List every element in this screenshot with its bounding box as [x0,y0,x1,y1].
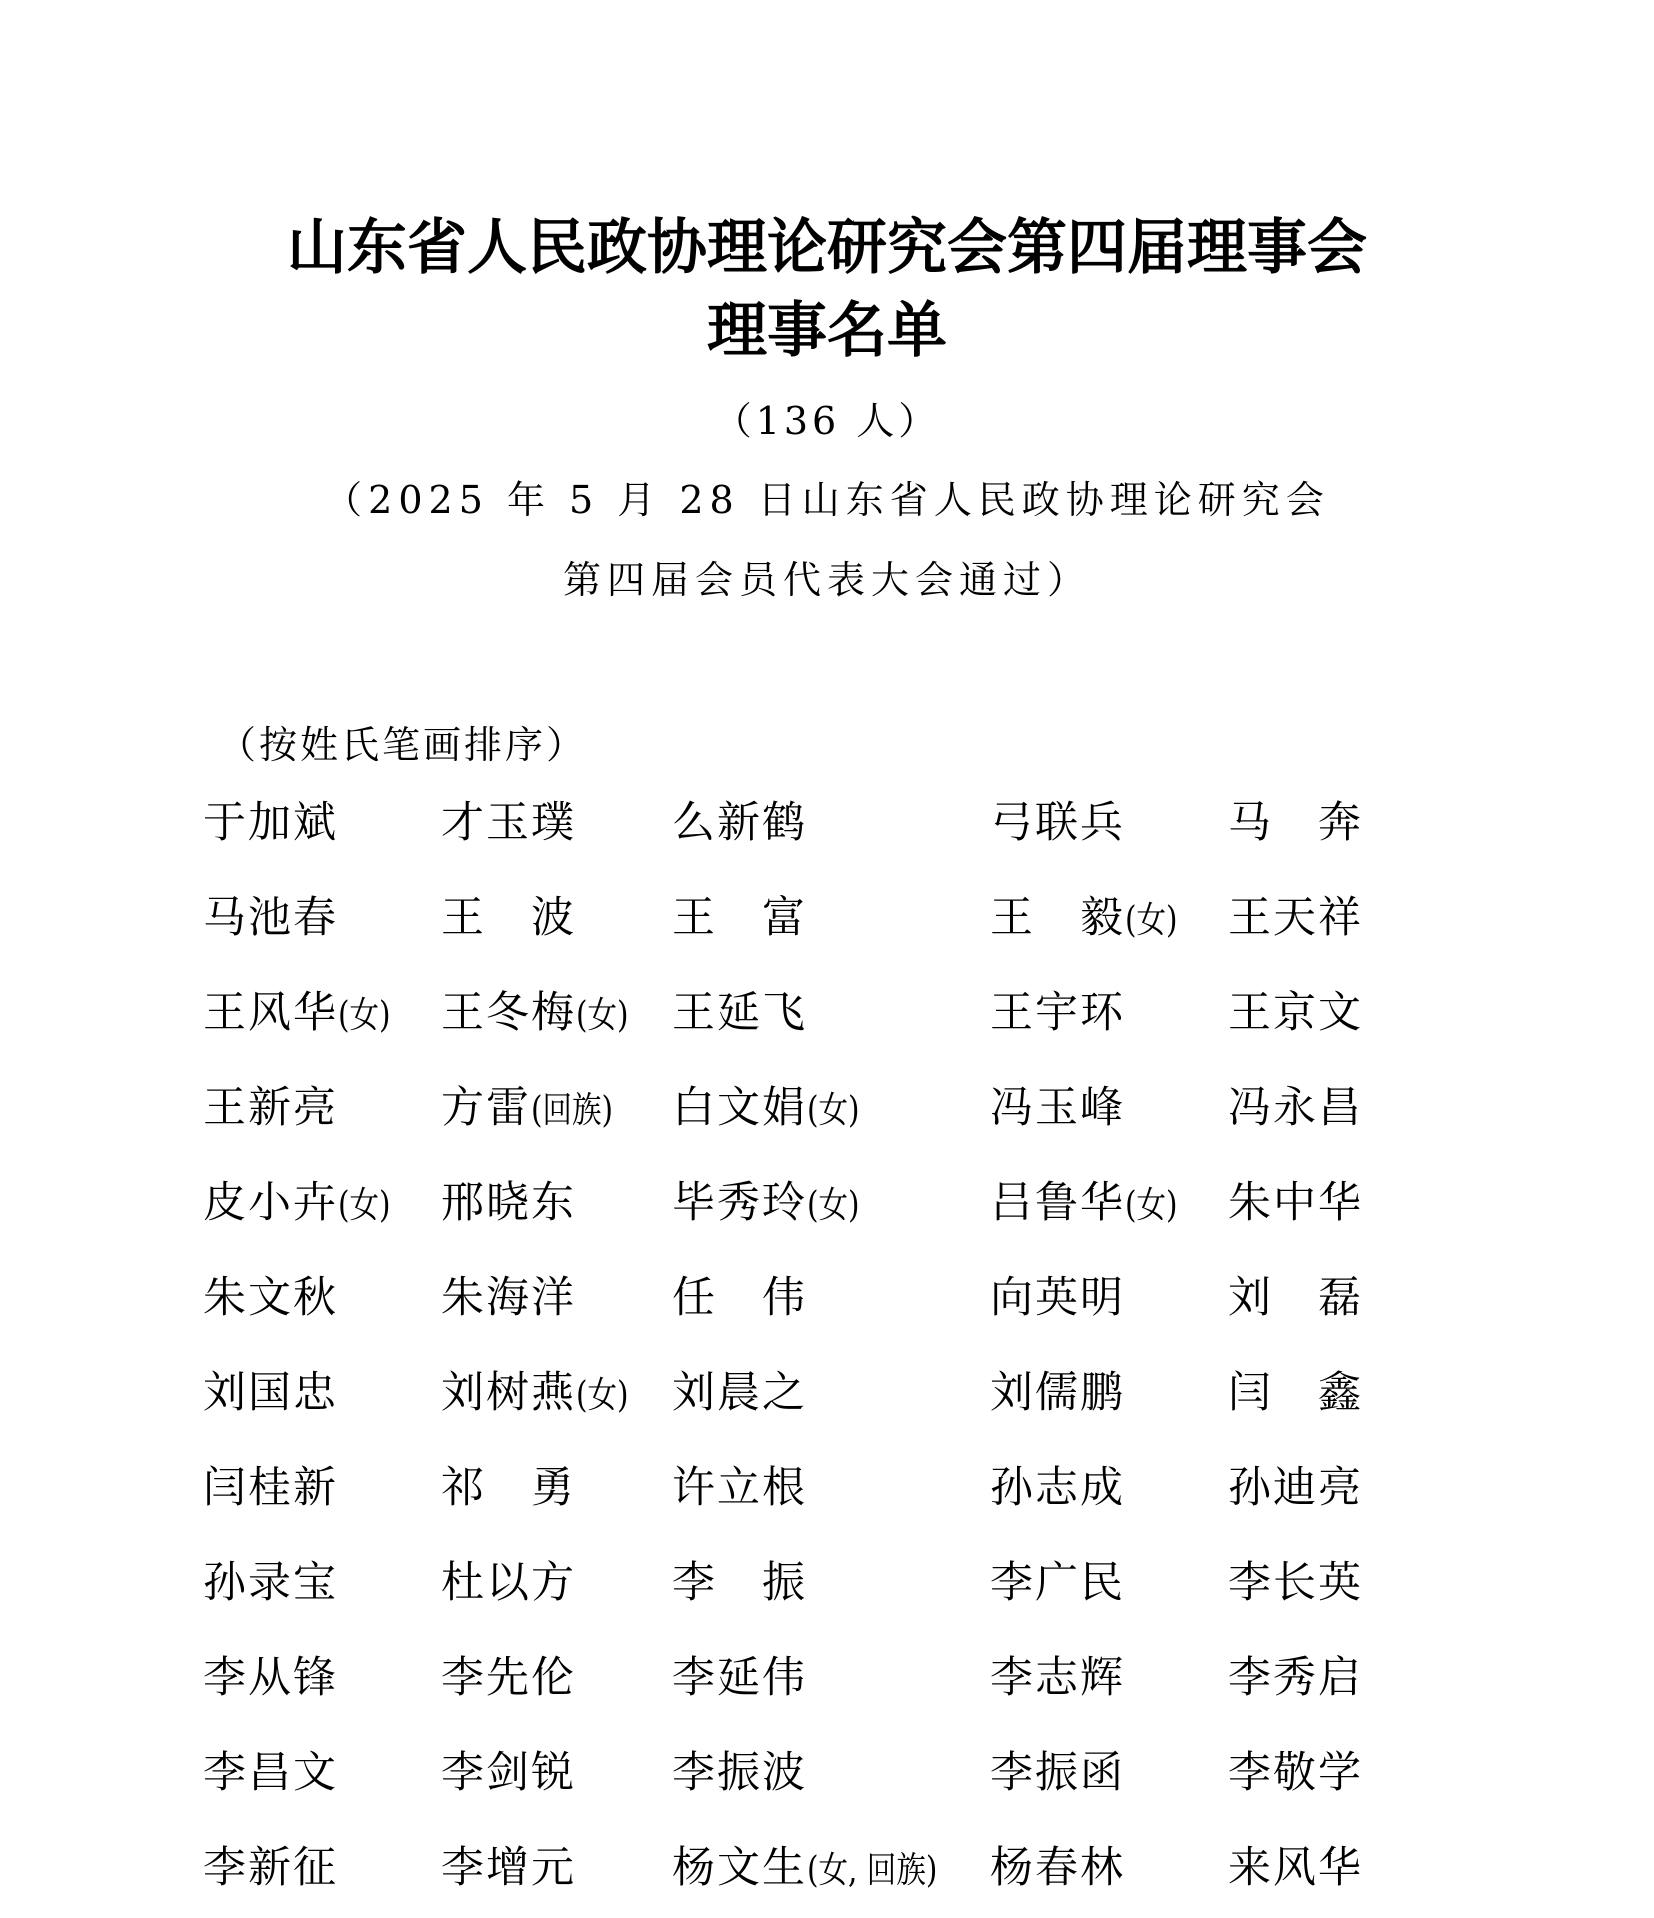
member-name: 祁 勇 [441,1463,576,1513]
member-name-cell: 闫 鑫 [1228,1370,1363,1416]
member-name-cell: 李广民 [990,1560,1125,1606]
member-name: 刘儒鹏 [990,1368,1125,1418]
member-name-cell: 祁 勇 [441,1465,576,1511]
member-name: 皮小卉 [203,1178,338,1228]
member-name: 李振波 [672,1748,807,1798]
member-name-cell: 马池春 [203,895,338,941]
member-name: 才玉璞 [441,798,576,848]
member-name: 朱海洋 [441,1273,576,1323]
member-name-cell: 李昌文 [203,1750,338,1796]
member-name-cell: 许立根 [672,1465,807,1511]
member-name-cell: 杜以方 [441,1560,576,1606]
member-name-cell: 李增元 [441,1845,576,1891]
member-name: 王延飞 [672,988,807,1038]
member-name-cell: 孙迪亮 [1228,1465,1363,1511]
member-name-cell: 冯玉峰 [990,1085,1125,1131]
member-name: 李振函 [990,1748,1125,1798]
member-name: 王冬梅 [441,988,576,1038]
member-name-cell: 朱海洋 [441,1275,576,1321]
member-name-cell: 弓联兵 [990,800,1125,846]
member-annotation: (女, 回族) [807,1848,937,1894]
member-name-cell: 李延伟 [672,1655,807,1701]
member-name-cell: 刘国忠 [203,1370,338,1416]
member-name-cell: 冯永昌 [1228,1085,1363,1131]
member-name-cell: 杨文生(女, 回族) [672,1845,966,1894]
member-name-cell: 刘树燕(女) [441,1370,640,1419]
member-name-cell: 皮小卉(女) [203,1180,402,1229]
member-name-cell: 王冬梅(女) [441,990,640,1039]
member-name-cell: 王 富 [672,895,807,941]
member-name-cell: 向英明 [990,1275,1125,1321]
member-name-cell: 孙录宝 [203,1560,338,1606]
member-name: 李 振 [672,1558,807,1608]
member-name: 王天祥 [1228,893,1363,943]
member-name-cell: 王新亮 [203,1085,338,1131]
member-name: 李延伟 [672,1653,807,1703]
member-name-cell: 毕秀玲(女) [672,1180,871,1229]
member-name: 任 伟 [672,1273,807,1323]
member-name-cell: 李敬学 [1228,1750,1363,1796]
member-name-cell: 李长英 [1228,1560,1363,1606]
member-name: 王 富 [672,893,807,943]
member-name: 杜以方 [441,1558,576,1608]
member-name: 向英明 [990,1273,1125,1323]
member-name-cell: 李志辉 [990,1655,1125,1701]
member-name-cell: 任 伟 [672,1275,807,1321]
member-name-cell: 李振函 [990,1750,1125,1796]
member-annotation: (女) [1125,1183,1178,1229]
member-name: 刘 磊 [1228,1273,1363,1323]
member-name: 李长英 [1228,1558,1363,1608]
member-name: 孙迪亮 [1228,1463,1363,1513]
member-name-cell: 王 毅(女) [990,895,1189,944]
member-name: 孙录宝 [203,1558,338,1608]
member-name: 李先伦 [441,1653,576,1703]
member-name-cell: 杨春林 [990,1845,1125,1891]
member-name-cell: 刘晨之 [672,1370,807,1416]
member-name: 李志辉 [990,1653,1125,1703]
member-name: 王新亮 [203,1083,338,1133]
member-name-cell: 邢晓东 [441,1180,576,1226]
member-name: 于加斌 [203,798,338,848]
member-name: 李新征 [203,1843,338,1893]
member-name: 刘国忠 [203,1368,338,1418]
member-name: 刘晨之 [672,1368,807,1418]
member-name: 朱中华 [1228,1178,1363,1228]
member-annotation: (女) [807,1183,860,1229]
member-name: 吕鲁华 [990,1178,1125,1228]
member-name: 方雷 [441,1083,531,1133]
member-annotation: (女) [576,1373,629,1419]
member-name-cell: 李新征 [203,1845,338,1891]
member-name-cell: 闫桂新 [203,1465,338,1511]
member-name-cell: 李剑锐 [441,1750,576,1796]
member-name: 王宇环 [990,988,1125,1038]
member-name: 李从锋 [203,1653,338,1703]
member-name: 闫桂新 [203,1463,338,1513]
member-name: 朱文秋 [203,1273,338,1323]
member-name-cell: 朱文秋 [203,1275,338,1321]
member-name: 白文娟 [672,1083,807,1133]
member-name: 么新鹤 [672,798,807,848]
member-name: 马 奔 [1228,798,1363,848]
member-name-cell: 来风华 [1228,1845,1363,1891]
member-annotation: (女) [1125,898,1178,944]
member-name-cell: 么新鹤 [672,800,807,846]
member-name-cell: 朱中华 [1228,1180,1363,1226]
member-name: 邢晓东 [441,1178,576,1228]
member-name-cell: 于加斌 [203,800,338,846]
member-name-cell: 王延飞 [672,990,807,1036]
member-name: 杨文生 [672,1843,807,1893]
member-name-cell: 王 波 [441,895,576,941]
member-name: 王风华 [203,988,338,1038]
member-name-cell: 王宇环 [990,990,1125,1036]
member-name-cell: 白文娟(女) [672,1085,871,1134]
member-name: 闫 鑫 [1228,1368,1363,1418]
member-name-cell: 刘 磊 [1228,1275,1363,1321]
member-name: 来风华 [1228,1843,1363,1893]
member-name-cell: 孙志成 [990,1465,1125,1511]
member-name: 李增元 [441,1843,576,1893]
member-name: 李剑锐 [441,1748,576,1798]
member-name: 孙志成 [990,1463,1125,1513]
member-name: 王 波 [441,893,576,943]
member-name: 冯玉峰 [990,1083,1125,1133]
member-name: 许立根 [672,1463,807,1513]
member-name-cell: 王天祥 [1228,895,1363,941]
member-annotation: (回族) [531,1088,613,1134]
member-annotation: (女) [338,1183,391,1229]
document-page: 山东省人民政协理论研究会第四届理事会 理事名单 （136 人） （2025 年 … [0,0,1654,1918]
member-name-cell: 刘儒鹏 [990,1370,1125,1416]
member-name-cell: 方雷(回族) [441,1085,631,1134]
member-name: 王 毅 [990,893,1125,943]
member-annotation: (女) [338,993,391,1039]
member-name-cell: 王风华(女) [203,990,402,1039]
member-name: 冯永昌 [1228,1083,1363,1133]
member-name: 弓联兵 [990,798,1125,848]
member-name-grid: 于加斌才玉璞么新鹤弓联兵马 奔马池春王 波王 富王 毅(女)王天祥王风华(女)王… [0,0,1654,1918]
member-name: 李秀启 [1228,1653,1363,1703]
member-name-cell: 李秀启 [1228,1655,1363,1701]
member-name: 李广民 [990,1558,1125,1608]
member-name: 李昌文 [203,1748,338,1798]
member-name: 杨春林 [990,1843,1125,1893]
member-name: 马池春 [203,893,338,943]
member-name: 李敬学 [1228,1748,1363,1798]
member-annotation: (女) [807,1088,860,1134]
member-annotation: (女) [576,993,629,1039]
member-name-cell: 李振波 [672,1750,807,1796]
member-name: 刘树燕 [441,1368,576,1418]
member-name-cell: 吕鲁华(女) [990,1180,1189,1229]
member-name-cell: 李先伦 [441,1655,576,1701]
member-name-cell: 李 振 [672,1560,807,1606]
member-name-cell: 李从锋 [203,1655,338,1701]
member-name-cell: 才玉璞 [441,800,576,846]
member-name-cell: 王京文 [1228,990,1363,1036]
member-name-cell: 马 奔 [1228,800,1363,846]
member-name: 毕秀玲 [672,1178,807,1228]
member-name: 王京文 [1228,988,1363,1038]
